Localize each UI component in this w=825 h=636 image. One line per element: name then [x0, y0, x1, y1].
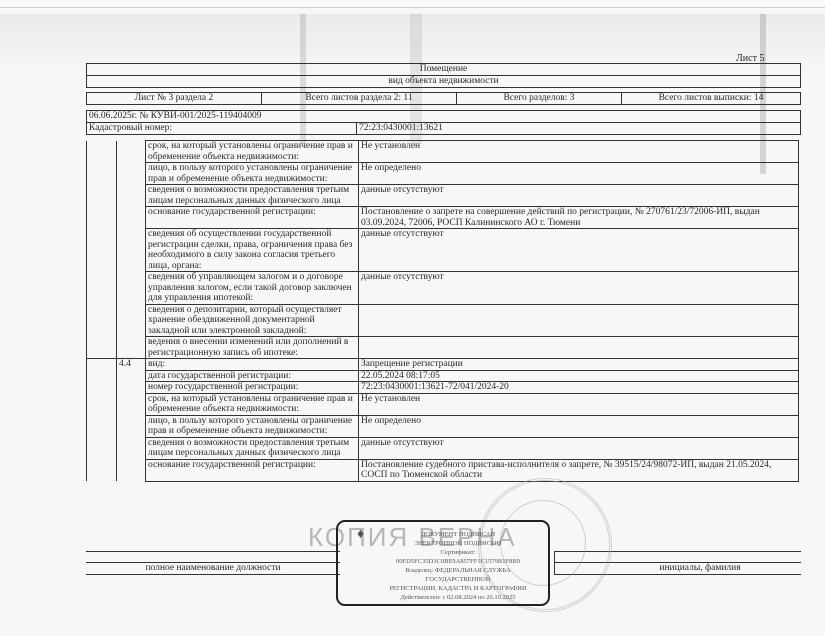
row-label: сведения о депозитарии, который осуществ…	[146, 304, 359, 337]
table-row: срок, на который установлены ограничение…	[87, 393, 799, 415]
row-value: данные отсутствуют	[359, 185, 799, 207]
row-label: ведения о внесении изменений или дополне…	[146, 337, 359, 359]
row-value: Не установлен	[359, 393, 799, 415]
table-row: сведения об осуществлении государственно…	[87, 229, 799, 272]
row-label: срок, на который установлены ограничение…	[146, 141, 359, 163]
row-value: данные отсутствуют	[359, 437, 799, 459]
row-label: лицо, в пользу которого установлены огра…	[146, 163, 359, 185]
row-label: сведения об управляющем залогом и о дого…	[146, 272, 359, 305]
row-subindex-empty	[117, 185, 146, 207]
viewer-top-edge	[0, 0, 825, 8]
cadastral-label: Кадастровый номер:	[87, 123, 357, 135]
stamp-line: Владелец: ФЕДЕРАЛЬНАЯ СЛУЖБА ГОСУДАРСТВЕ…	[378, 566, 538, 584]
row-label: вид:	[146, 359, 359, 371]
row-subindex-empty	[117, 393, 146, 415]
table-row: лицо, в пользу которого установлены огра…	[87, 163, 799, 185]
row-value: данные отсутствуют	[359, 272, 799, 305]
row-label: сведения об осуществлении государственно…	[146, 229, 359, 272]
object-type: Помещение	[87, 64, 801, 76]
row-value: Запрещение регистрации	[359, 359, 799, 371]
row-subindex-empty	[117, 207, 146, 229]
object-type-caption: вид объекта недвижимости	[87, 76, 801, 88]
row-index-empty	[87, 359, 117, 371]
document-reference: 06.06.2025г. № КУВИ-001/2025-119404009 К…	[86, 110, 801, 135]
row-index-empty	[87, 163, 117, 185]
row-subindex-empty	[117, 163, 146, 185]
table-row: лицо, в пользу которого установлены огра…	[87, 415, 799, 437]
stamp-line: РЕГИСТРАЦИИ, КАДАСТРА И КАРТОГРАФИИ	[378, 584, 538, 593]
position-caption: полное наименование должности	[86, 563, 340, 575]
row-value: Не установлен	[359, 141, 799, 163]
row-value	[359, 304, 799, 337]
total-sheets-section: Всего листов раздела 2: 11	[262, 93, 457, 105]
row-subindex-empty	[117, 459, 146, 481]
row-subindex-empty	[117, 272, 146, 305]
row-subindex-empty	[117, 337, 146, 359]
row-value: 72:23:0430001:13621-72/041/2024-20	[359, 382, 799, 394]
stamp-line: Действителен: с 02.08.2024 по 26.10.2025	[378, 593, 538, 602]
table-row: основание государственной регистрации:По…	[87, 459, 799, 481]
table-row: основание государственной регистрации:По…	[87, 207, 799, 229]
stamp-line: ДОКУМЕНТ ПОДПИСАН	[378, 530, 538, 539]
row-label: сведения о возможности предоставления тр…	[146, 437, 359, 459]
section-number: 4.4	[117, 359, 146, 371]
table-row: сведения о возможности предоставления тр…	[87, 185, 799, 207]
stamp-line: ЭЛЕКТРОННОЙ ПОДПИСЬЮ	[378, 539, 538, 548]
row-subindex-empty	[117, 229, 146, 272]
stamp-line: Сертификат: 00FD5FC35D3C0BE9A857FF1C1579…	[378, 548, 538, 566]
row-subindex-empty	[117, 415, 146, 437]
row-index-empty	[87, 337, 117, 359]
row-index-empty	[87, 185, 117, 207]
row-index-empty	[87, 382, 117, 394]
row-label: сведения о возможности предоставления тр…	[146, 185, 359, 207]
row-index-empty	[87, 229, 117, 272]
object-type-header: Помещение вид объекта недвижимости	[86, 63, 801, 88]
table-row: номер государственной регистрации:72:23:…	[87, 382, 799, 394]
row-label: лицо, в пользу которого установлены огра…	[146, 415, 359, 437]
sheet-info-row: Лист № 3 раздела 2 Всего листов раздела …	[86, 92, 801, 105]
table-row: сведения о возможности предоставления тр…	[87, 437, 799, 459]
doc-ref: 06.06.2025г. № КУВИ-001/2025-119404009	[87, 111, 801, 123]
row-index-empty	[87, 437, 117, 459]
row-value: Постановление о запрете на совершение де…	[359, 207, 799, 229]
table-row: сведения о депозитарии, который осуществ…	[87, 304, 799, 337]
total-sections: Всего разделов: 3	[457, 93, 622, 105]
row-index-empty	[87, 370, 117, 382]
row-value: Постановление судебного пристава-исполни…	[359, 459, 799, 481]
row-subindex-empty	[117, 370, 146, 382]
row-label: дата государственной регистрации:	[146, 370, 359, 382]
row-label: срок, на который установлены ограничение…	[146, 393, 359, 415]
table-row: срок, на который установлены ограничение…	[87, 141, 799, 163]
total-sheets-extract: Всего листов выписки: 14	[622, 93, 801, 105]
row-value: данные отсутствуют	[359, 229, 799, 272]
row-index-empty	[87, 415, 117, 437]
table-row: ведения о внесении изменений или дополне…	[87, 337, 799, 359]
row-index-empty	[87, 272, 117, 305]
name-caption: инициалы, фамилия	[599, 563, 801, 575]
sheet-of-section: Лист № 3 раздела 2	[87, 93, 262, 105]
row-index-empty	[87, 459, 117, 481]
row-subindex-empty	[117, 382, 146, 394]
row-value	[359, 337, 799, 359]
row-label: основание государственной регистрации:	[146, 459, 359, 481]
row-value: 22.05.2024 08:17:05	[359, 370, 799, 382]
row-subindex-empty	[117, 304, 146, 337]
row-index-empty	[87, 141, 117, 163]
cadastral-value: 72:23:0430001:13621	[357, 123, 801, 135]
row-index-empty	[87, 207, 117, 229]
row-value: Не определено	[359, 415, 799, 437]
row-subindex-empty	[117, 437, 146, 459]
table-row: 4.4вид:Запрещение регистрации	[87, 359, 799, 371]
row-index-empty	[87, 304, 117, 337]
row-value: Не определено	[359, 163, 799, 185]
table-row: дата государственной регистрации:22.05.2…	[87, 370, 799, 382]
row-subindex-empty	[117, 141, 146, 163]
row-label: основание государственной регистрации:	[146, 207, 359, 229]
e-signature-text: ДОКУМЕНТ ПОДПИСАНЭЛЕКТРОННОЙ ПОДПИСЬЮСер…	[378, 530, 538, 602]
row-index-empty	[87, 393, 117, 415]
table-row: сведения об управляющем залогом и о дого…	[87, 272, 799, 305]
emblem-icon: ♦	[357, 527, 364, 543]
encumbrance-table: срок, на который установлены ограничение…	[86, 140, 799, 482]
row-label: номер государственной регистрации:	[146, 382, 359, 394]
